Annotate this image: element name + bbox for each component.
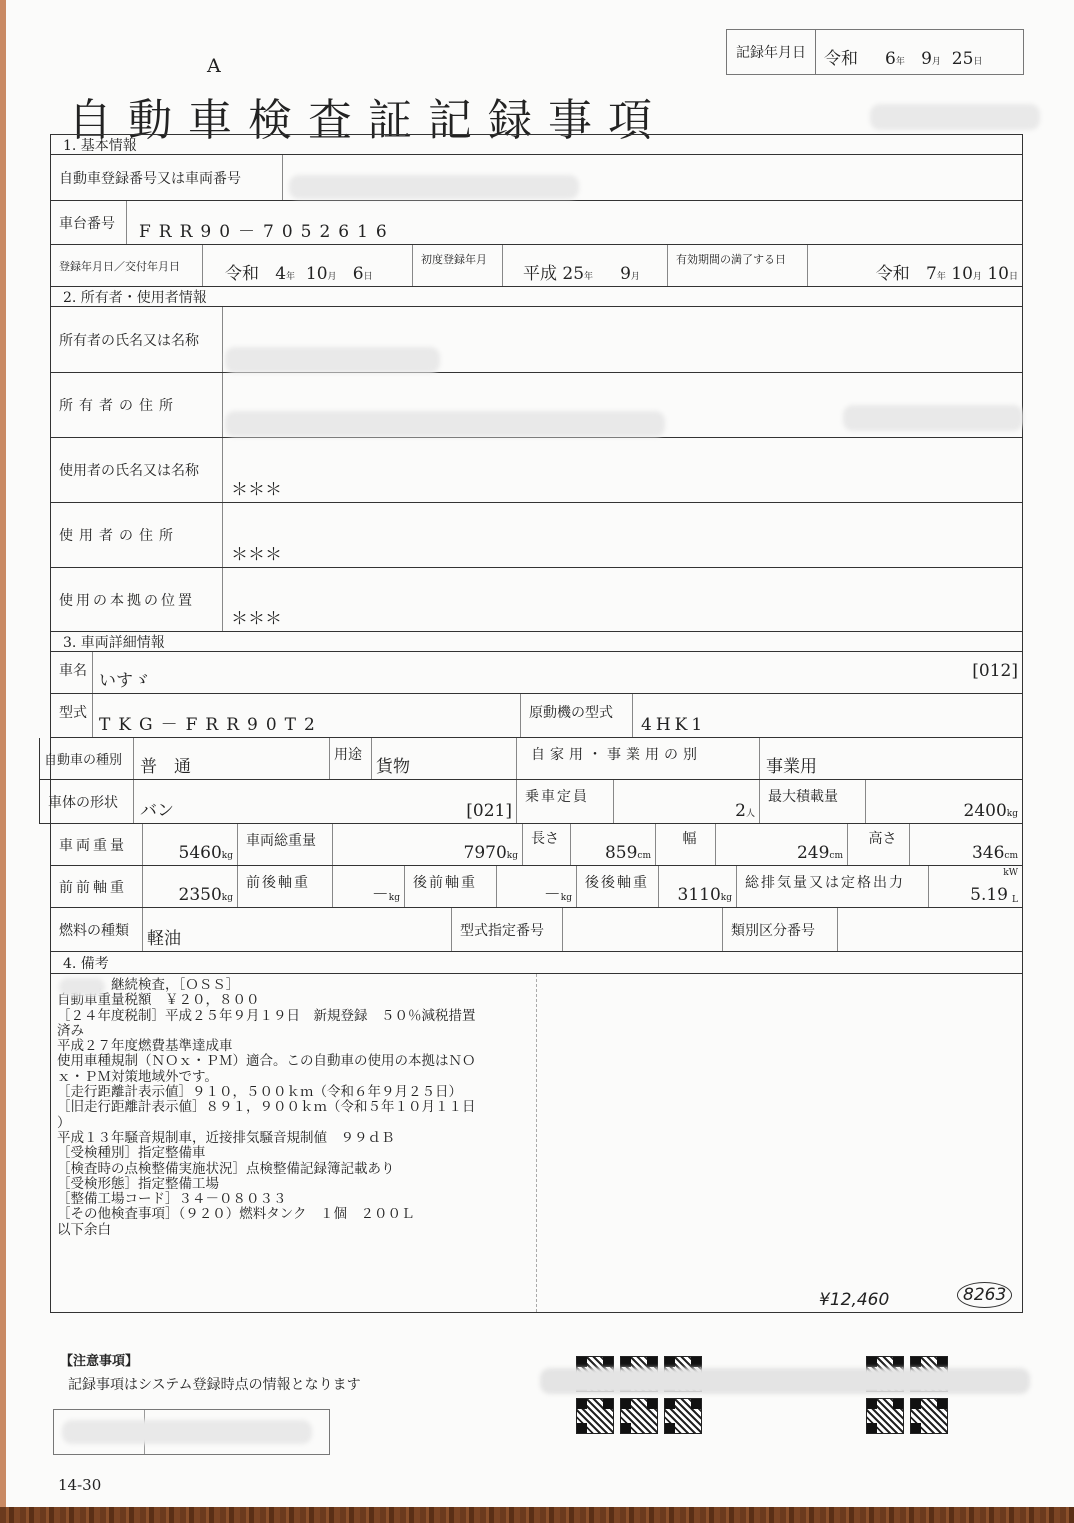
model-label: 型式 <box>51 694 93 737</box>
remarks-line: 済み <box>57 1024 536 1039</box>
vehicle-name-code: [012] <box>972 661 1018 681</box>
weight-value: 5460 <box>179 843 222 863</box>
base-location-value: ＊＊＊ <box>231 604 282 629</box>
redacted-area <box>62 1420 312 1444</box>
first-reg-label: 初度登録年月 <box>413 245 503 286</box>
gross-weight-label: 車両総重量 <box>238 824 333 865</box>
remarks-line: ） <box>57 1116 536 1131</box>
remarks-line: ［２４年度税制］平成２５年９月１９日 新規登録 ５０％減税措置 <box>57 1009 536 1024</box>
remarks-line: 以下余白 <box>57 1223 536 1238</box>
ff-axle-label: 前前軸重 <box>51 866 143 907</box>
record-date-box: 記録年月日 令和 6年 9月 25日 <box>726 29 1024 75</box>
reg-number-label: 自動車登録番号又は車両番号 <box>51 155 283 200</box>
remarks-line: ［その他検査事項］（９２０）燃料タンク １個 ２００Ｌ <box>57 1207 536 1222</box>
fr-axle-label: 前後軸重 <box>238 866 333 907</box>
redacted-area <box>540 1368 1030 1394</box>
qr-code-icon <box>620 1398 658 1434</box>
handwritten-amount: ¥12,460 <box>819 1290 889 1310</box>
expiry-label: 有効期間の満了する日 <box>668 245 808 286</box>
length-label: 長さ <box>523 824 571 865</box>
notes-text: 記録事項はシステム登録時点の情報となります <box>68 1374 361 1394</box>
user-address-row: 使用者の住所 ＊＊＊ <box>51 503 1022 568</box>
inspection-record-form: 1. 基本情報 自動車登録番号又は車両番号 車台番号 FRR90－7052616… <box>50 134 1023 1313</box>
model-row: 型式 TKG－FRR90T2 原動機の型式 4HK1 <box>51 694 1022 738</box>
notes-heading: 【注意事項】 <box>60 1350 138 1369</box>
owner-name-row: 所有者の氏名又は名称 <box>51 307 1022 373</box>
section-owner: 2. 所有者・使用者情報 <box>51 287 1022 307</box>
user-name-row: 使用者の氏名又は名称 ＊＊＊ <box>51 438 1022 503</box>
record-date-label: 記録年月日 <box>727 30 816 74</box>
stamp-box <box>53 1409 330 1455</box>
private-business-value: 事業用 <box>766 752 817 777</box>
body-row: 車体の形状 バン [021] 乗車定員 2人 最大積載量 2400kg <box>39 780 1022 824</box>
remarks-line: 使用車種規制（ＮＯｘ・ＰＭ）適合。この自動車の使用の本拠はＮＯ <box>57 1054 536 1069</box>
fuel-row: 燃料の種類 軽油 型式指定番号 類別区分番号 <box>51 908 1022 952</box>
vehicle-name-value: いすゞ <box>99 666 150 691</box>
redacted-area <box>225 347 440 373</box>
displacement-value: 5.19 <box>970 885 1008 905</box>
kind-label: 自動車の種別 <box>40 738 134 779</box>
remarks-line: 平成１３年騒音規制車，近接排気騒音規制値 ９９ｄＢ <box>57 1131 536 1146</box>
kind-value: 普 通 <box>140 752 191 777</box>
reg-date-value: 令和 4年 10月 6日 <box>203 245 413 286</box>
chassis-number: FRR90－7052616 <box>139 217 395 242</box>
max-load-value: 2400 <box>964 801 1007 821</box>
kind-row: 自動車の種別 普 通 用途 貨物 自家用・事業用の別 事業用 <box>39 738 1022 780</box>
owner-name-value <box>223 307 1022 372</box>
axle-row: 前前軸重 2350kg 前後軸重 －kg 後前軸重 －kg 後後軸重 3110k… <box>51 866 1022 908</box>
redacted-area <box>843 405 1023 431</box>
redacted-area <box>59 978 105 996</box>
remarks-text: ，継続検査，［ＯＳＳ］自動車重量税額 ￥２０，８００［２４年度税制］平成２５年９… <box>51 974 537 1312</box>
remarks-line: ［受検種別］指定整備車 <box>57 1146 536 1161</box>
base-location-row: 使用の本拠の位置 ＊＊＊ <box>51 568 1022 632</box>
dimensions-row: 車両重量 5460kg 車両総重量 7970kg 長さ 859cm 幅 249c… <box>51 824 1022 866</box>
dates-row: 登録年月日／交付年月日 令和 4年 10月 6日 初度登録年月 平成 25年 9… <box>51 245 1022 287</box>
owner-address-row: 所有者の住所 <box>51 373 1022 438</box>
redacted-area <box>870 104 1040 130</box>
record-date-value: 令和 6年 9月 25日 <box>816 30 1023 74</box>
user-name-label: 使用者の氏名又は名称 <box>51 438 223 502</box>
use-label: 用途 <box>330 738 372 779</box>
body-label: 車体の形状 <box>40 780 134 823</box>
remarks-line: ，継続検査，［ＯＳＳ］ <box>57 978 536 993</box>
displacement-label: 総排気量又は定格出力 <box>737 866 929 907</box>
vehicle-name-label: 車名 <box>51 652 93 693</box>
remarks-line: ［受検形態］指定整備工場 <box>57 1177 536 1192</box>
max-load-label: 最大積載量 <box>760 780 866 823</box>
redacted-area <box>225 411 665 437</box>
section-remarks: 4. 備考 <box>51 952 1022 974</box>
use-value: 貨物 <box>376 752 410 777</box>
owner-address-label: 所有者の住所 <box>51 373 223 437</box>
remarks-line: ［検査時の点検整備実施状況］点検整備記録簿記載あり <box>57 1162 536 1177</box>
capacity-value: 2 <box>735 801 746 821</box>
remarks-line: 自動車重量税額 ￥２０，８００ <box>57 993 536 1008</box>
height-value: 346 <box>972 843 1004 863</box>
user-name-value: ＊＊＊ <box>231 475 282 500</box>
owner-address-value <box>223 373 1022 437</box>
body-code: [021] <box>466 801 512 821</box>
remarks-line: ｘ・ＰＭ対策地域外です。 <box>57 1070 536 1085</box>
gross-weight-value: 7970 <box>464 843 507 863</box>
rr-axle-value: 3110 <box>678 885 721 905</box>
section-basic: 1. 基本情報 <box>51 135 1022 155</box>
private-business-label: 自家用・事業用の別 <box>517 738 760 779</box>
width-label: 幅 <box>656 824 716 865</box>
capacity-label: 乗車定員 <box>517 780 614 823</box>
owner-name-label: 所有者の氏名又は名称 <box>51 307 223 372</box>
vehicle-name-row: 車名 いすゞ [012] <box>51 652 1022 694</box>
form-code: 14-30 <box>58 1476 101 1494</box>
user-address-label: 使用者の住所 <box>51 503 223 567</box>
height-label: 高さ <box>848 824 910 865</box>
reg-date-label: 登録年月日／交付年月日 <box>51 245 203 286</box>
rf-axle-value: － <box>544 885 561 905</box>
redacted-area <box>289 175 579 199</box>
reg-number-row: 自動車登録番号又は車両番号 <box>51 155 1022 201</box>
sheet-letter: A <box>207 55 221 77</box>
chassis-row: 車台番号 FRR90－7052616 <box>51 201 1022 245</box>
model-value: TKG－FRR90T2 <box>99 710 323 735</box>
fr-axle-value: － <box>372 885 389 905</box>
type-designation-label: 型式指定番号 <box>451 908 563 951</box>
user-address-value: ＊＊＊ <box>231 540 282 565</box>
rf-axle-label: 後前軸重 <box>405 866 497 907</box>
first-reg-value: 平成 25年 9月 <box>503 245 668 286</box>
fuel-value: 軽油 <box>147 924 181 949</box>
base-location-label: 使用の本拠の位置 <box>51 568 223 631</box>
category-label: 類別区分番号 <box>723 908 838 951</box>
reg-number-value <box>283 155 1022 200</box>
rr-axle-label: 後後軸重 <box>577 866 659 907</box>
fuel-label: 燃料の種類 <box>51 908 143 951</box>
table-surface <box>0 1507 1074 1523</box>
weight-label: 車両重量 <box>51 824 143 865</box>
body-value: バン <box>140 796 174 821</box>
ff-axle-value: 2350 <box>179 885 222 905</box>
qr-code-icon <box>664 1398 702 1434</box>
length-value: 859 <box>605 843 637 863</box>
engine-value: 4HK1 <box>641 715 706 735</box>
chassis-label: 車台番号 <box>51 201 127 244</box>
remarks-line: ［旧走行距離計表示値］８９１，９００ｋｍ（令和５年１０月１１日 <box>57 1100 536 1115</box>
remarks-row: ，継続検査，［ＯＳＳ］自動車重量税額 ￥２０，８００［２４年度税制］平成２５年９… <box>51 974 1022 1312</box>
qr-code-icon <box>866 1398 904 1434</box>
engine-label: 原動機の型式 <box>521 694 633 737</box>
section-vehicle: 3. 車両詳細情報 <box>51 632 1022 652</box>
handwritten-circled-number: 8263 <box>957 1282 1012 1308</box>
qr-code-icon <box>576 1398 614 1434</box>
expiry-value: 令和 7年 10月 10日 <box>808 245 1022 286</box>
width-value: 249 <box>797 843 829 863</box>
qr-code-icon <box>910 1398 948 1434</box>
